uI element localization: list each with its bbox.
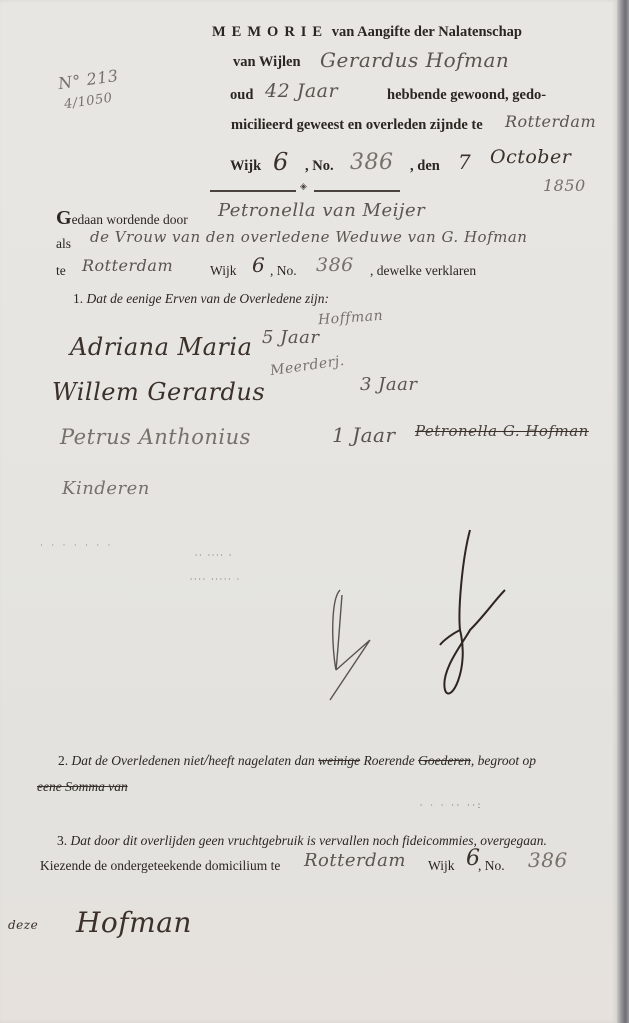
declarant-wijk-label: Wijk	[210, 263, 236, 279]
residence-text-2: micilieerd geweest en overleden zijnde t…	[231, 117, 483, 134]
heir-1-name: Adriana Maria	[70, 333, 252, 361]
bleed-through-marks: ∙∙ ∙∙∙∙ ∙	[195, 550, 233, 560]
declarant-suffix: , dewelke verklaren	[370, 263, 476, 279]
book-binding-edge	[617, 0, 629, 1023]
title-caps: MEMORIE	[212, 24, 328, 40]
ornamental-divider: ◈	[210, 186, 400, 196]
no-label: , No.	[305, 158, 334, 175]
heir-3-age: 1 Jaar	[332, 423, 396, 447]
deceased-number: 386	[350, 150, 394, 175]
heirs-closing: Kinderen	[62, 478, 150, 499]
bleed-through-marks: · · · · · · ·	[40, 540, 113, 550]
heir-3-name: Petrus Anthonius	[60, 425, 251, 449]
signature-mark-1	[330, 590, 390, 700]
declarant-no-label: , No.	[270, 263, 297, 279]
struck-text: Petronella G. Hofman	[415, 422, 589, 440]
heir-2-note: Meerderj.	[269, 353, 345, 379]
heir-2-age: 3 Jaar	[360, 374, 417, 395]
date-label: , den	[410, 158, 440, 175]
as-label: als	[56, 236, 71, 252]
deceased-age: 42 Jaar	[265, 80, 338, 102]
declarant-capacity: de Vrouw van den overledene Weduwe van G…	[90, 228, 527, 246]
declarant-label: Gedaan wordende door	[56, 207, 188, 230]
signature-prefix: deze	[8, 918, 38, 932]
declarant-number: 386	[316, 254, 354, 276]
document-title: MEMORIE van Aangifte der Nalatenschap	[212, 24, 522, 41]
death-day: 7	[458, 150, 471, 174]
deceased-wijk: 6	[273, 148, 289, 176]
bleed-through-marks: ∙∙∙∙ ∙∙∙∙∙ ∙	[190, 574, 241, 584]
domicile-no-label: , No.	[478, 858, 505, 874]
heir-1-age: 5 Jaar	[262, 327, 319, 348]
death-place: Rotterdam	[505, 112, 596, 131]
bleed-through-marks: ∙ ∙ ∙ ∙∙ ∙∙:	[420, 800, 483, 810]
domicile-place: Rotterdam	[304, 850, 406, 871]
residence-text-1: hebbende gewoond, gedo-	[387, 87, 546, 104]
te-label: te	[56, 263, 66, 279]
margin-note-number: N° 213	[57, 66, 120, 93]
domicile-number: 386	[528, 848, 568, 872]
declarant-wijk: 6	[252, 253, 265, 277]
death-month: October	[490, 146, 571, 168]
heir-2-name: Willem Gerardus	[52, 378, 265, 406]
declarant-name: Petronella van Meijer	[218, 200, 425, 221]
section-2-struck-line: eene Somma van	[37, 779, 128, 795]
declarant-place: Rotterdam	[82, 256, 173, 275]
deceased-label: van Wijlen	[233, 54, 301, 71]
domicile-wijk-label: Wijk	[428, 858, 454, 874]
death-year: 1850	[543, 176, 586, 195]
section-1-heading: 1. Dat de eenige Erven van de Overledene…	[73, 291, 329, 307]
domicile-text: Kiezende de ondergeteekende domicilium t…	[40, 858, 280, 874]
signature-mark-2	[440, 530, 510, 700]
title-rest: van Aangifte der Nalatenschap	[332, 24, 522, 40]
section-2-line-1: 2. Dat de Overledenen niet/heeft nagelat…	[58, 752, 536, 770]
heirs-surname-note: Hoffman	[318, 308, 384, 329]
wijk-label: Wijk	[230, 158, 261, 175]
margin-note-date: 4/1050	[63, 91, 113, 113]
signature-name: Hofman	[76, 906, 192, 939]
document-page: MEMORIE van Aangifte der Nalatenschap N°…	[0, 0, 617, 1023]
deceased-name: Gerardus Hofman	[320, 48, 509, 72]
age-label: oud	[230, 87, 253, 104]
